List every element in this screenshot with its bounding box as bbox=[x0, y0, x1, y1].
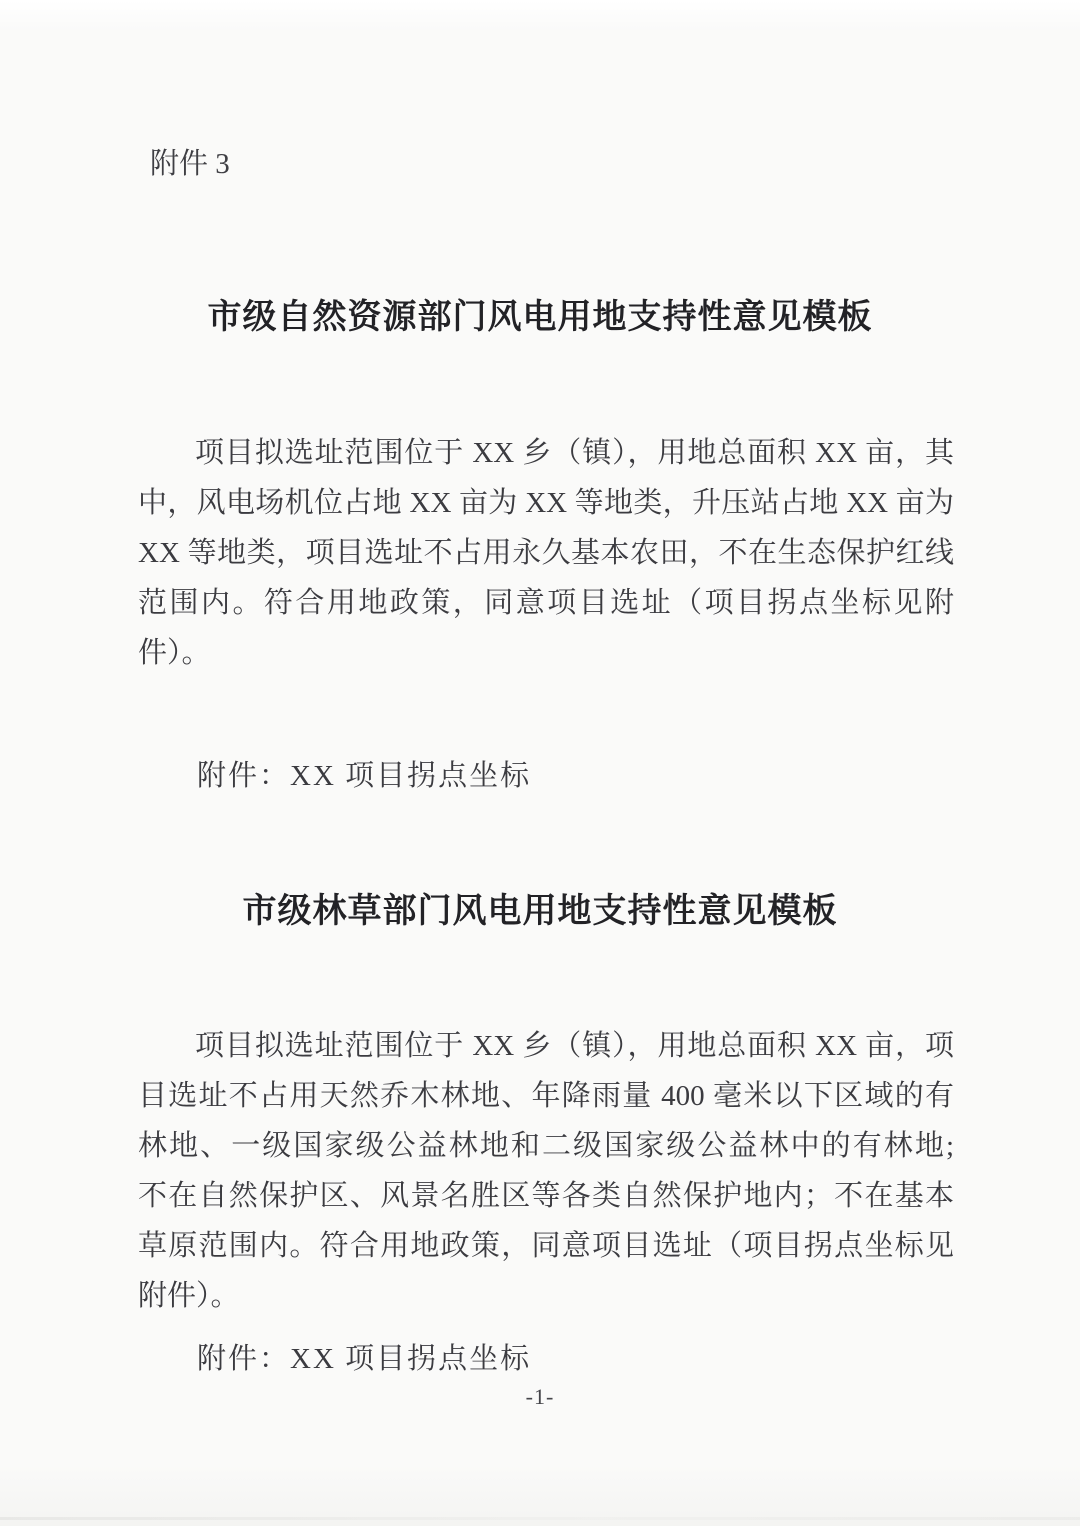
section-1-title: 市级自然资源部门风电用地支持性意见模板 bbox=[0, 289, 1080, 338]
paragraph-line: 林地、一级国家级公益林地和二级国家级公益林中的有林地; bbox=[138, 1121, 954, 1171]
section-2-attachment-reference: 附件：XX 项目拐点坐标 bbox=[197, 1339, 531, 1379]
section-1-paragraph: 项目拟选址范围位于 XX 乡（镇），用地总面积 XX 亩，其 中，风电场机位占地… bbox=[138, 428, 954, 678]
scan-top-edge bbox=[0, 0, 1080, 8]
paragraph-line: 目选址不占用天然乔木林地、年降雨量 400 毫米以下区域的有 bbox=[138, 1071, 954, 1121]
paragraph-line: 中，风电场机位占地 XX 亩为 XX 等地类，升压站占地 XX 亩为 bbox=[138, 478, 954, 528]
attachment-number-label: 附件 3 bbox=[150, 144, 230, 184]
page-number: -1- bbox=[0, 1384, 1080, 1410]
scan-bottom-edge bbox=[0, 1517, 1080, 1520]
paragraph-line: 件）。 bbox=[138, 628, 954, 678]
paragraph-line: 范围内。符合用地政策，同意项目选址（项目拐点坐标见附 bbox=[138, 578, 954, 628]
paragraph-line: 不在自然保护区、风景名胜区等各类自然保护地内；不在基本 bbox=[138, 1171, 954, 1221]
paragraph-line: 草原范围内。符合用地政策，同意项目选址（项目拐点坐标见 bbox=[138, 1221, 954, 1271]
section-1-attachment-reference: 附件：XX 项目拐点坐标 bbox=[197, 756, 531, 796]
paragraph-line: XX 等地类，项目选址不占用永久基本农田，不在生态保护红线 bbox=[138, 528, 954, 578]
section-2-paragraph: 项目拟选址范围位于 XX 乡（镇），用地总面积 XX 亩，项 目选址不占用天然乔… bbox=[138, 1021, 954, 1321]
section-2-title: 市级林草部门风电用地支持性意见模板 bbox=[0, 883, 1080, 932]
paragraph-line: 附件）。 bbox=[138, 1271, 954, 1321]
paragraph-line: 项目拟选址范围位于 XX 乡（镇），用地总面积 XX 亩，项 bbox=[138, 1021, 954, 1071]
document-page: 附件 3 市级自然资源部门风电用地支持性意见模板 项目拟选址范围位于 XX 乡（… bbox=[0, 0, 1080, 1526]
paragraph-line: 项目拟选址范围位于 XX 乡（镇），用地总面积 XX 亩，其 bbox=[138, 428, 954, 478]
